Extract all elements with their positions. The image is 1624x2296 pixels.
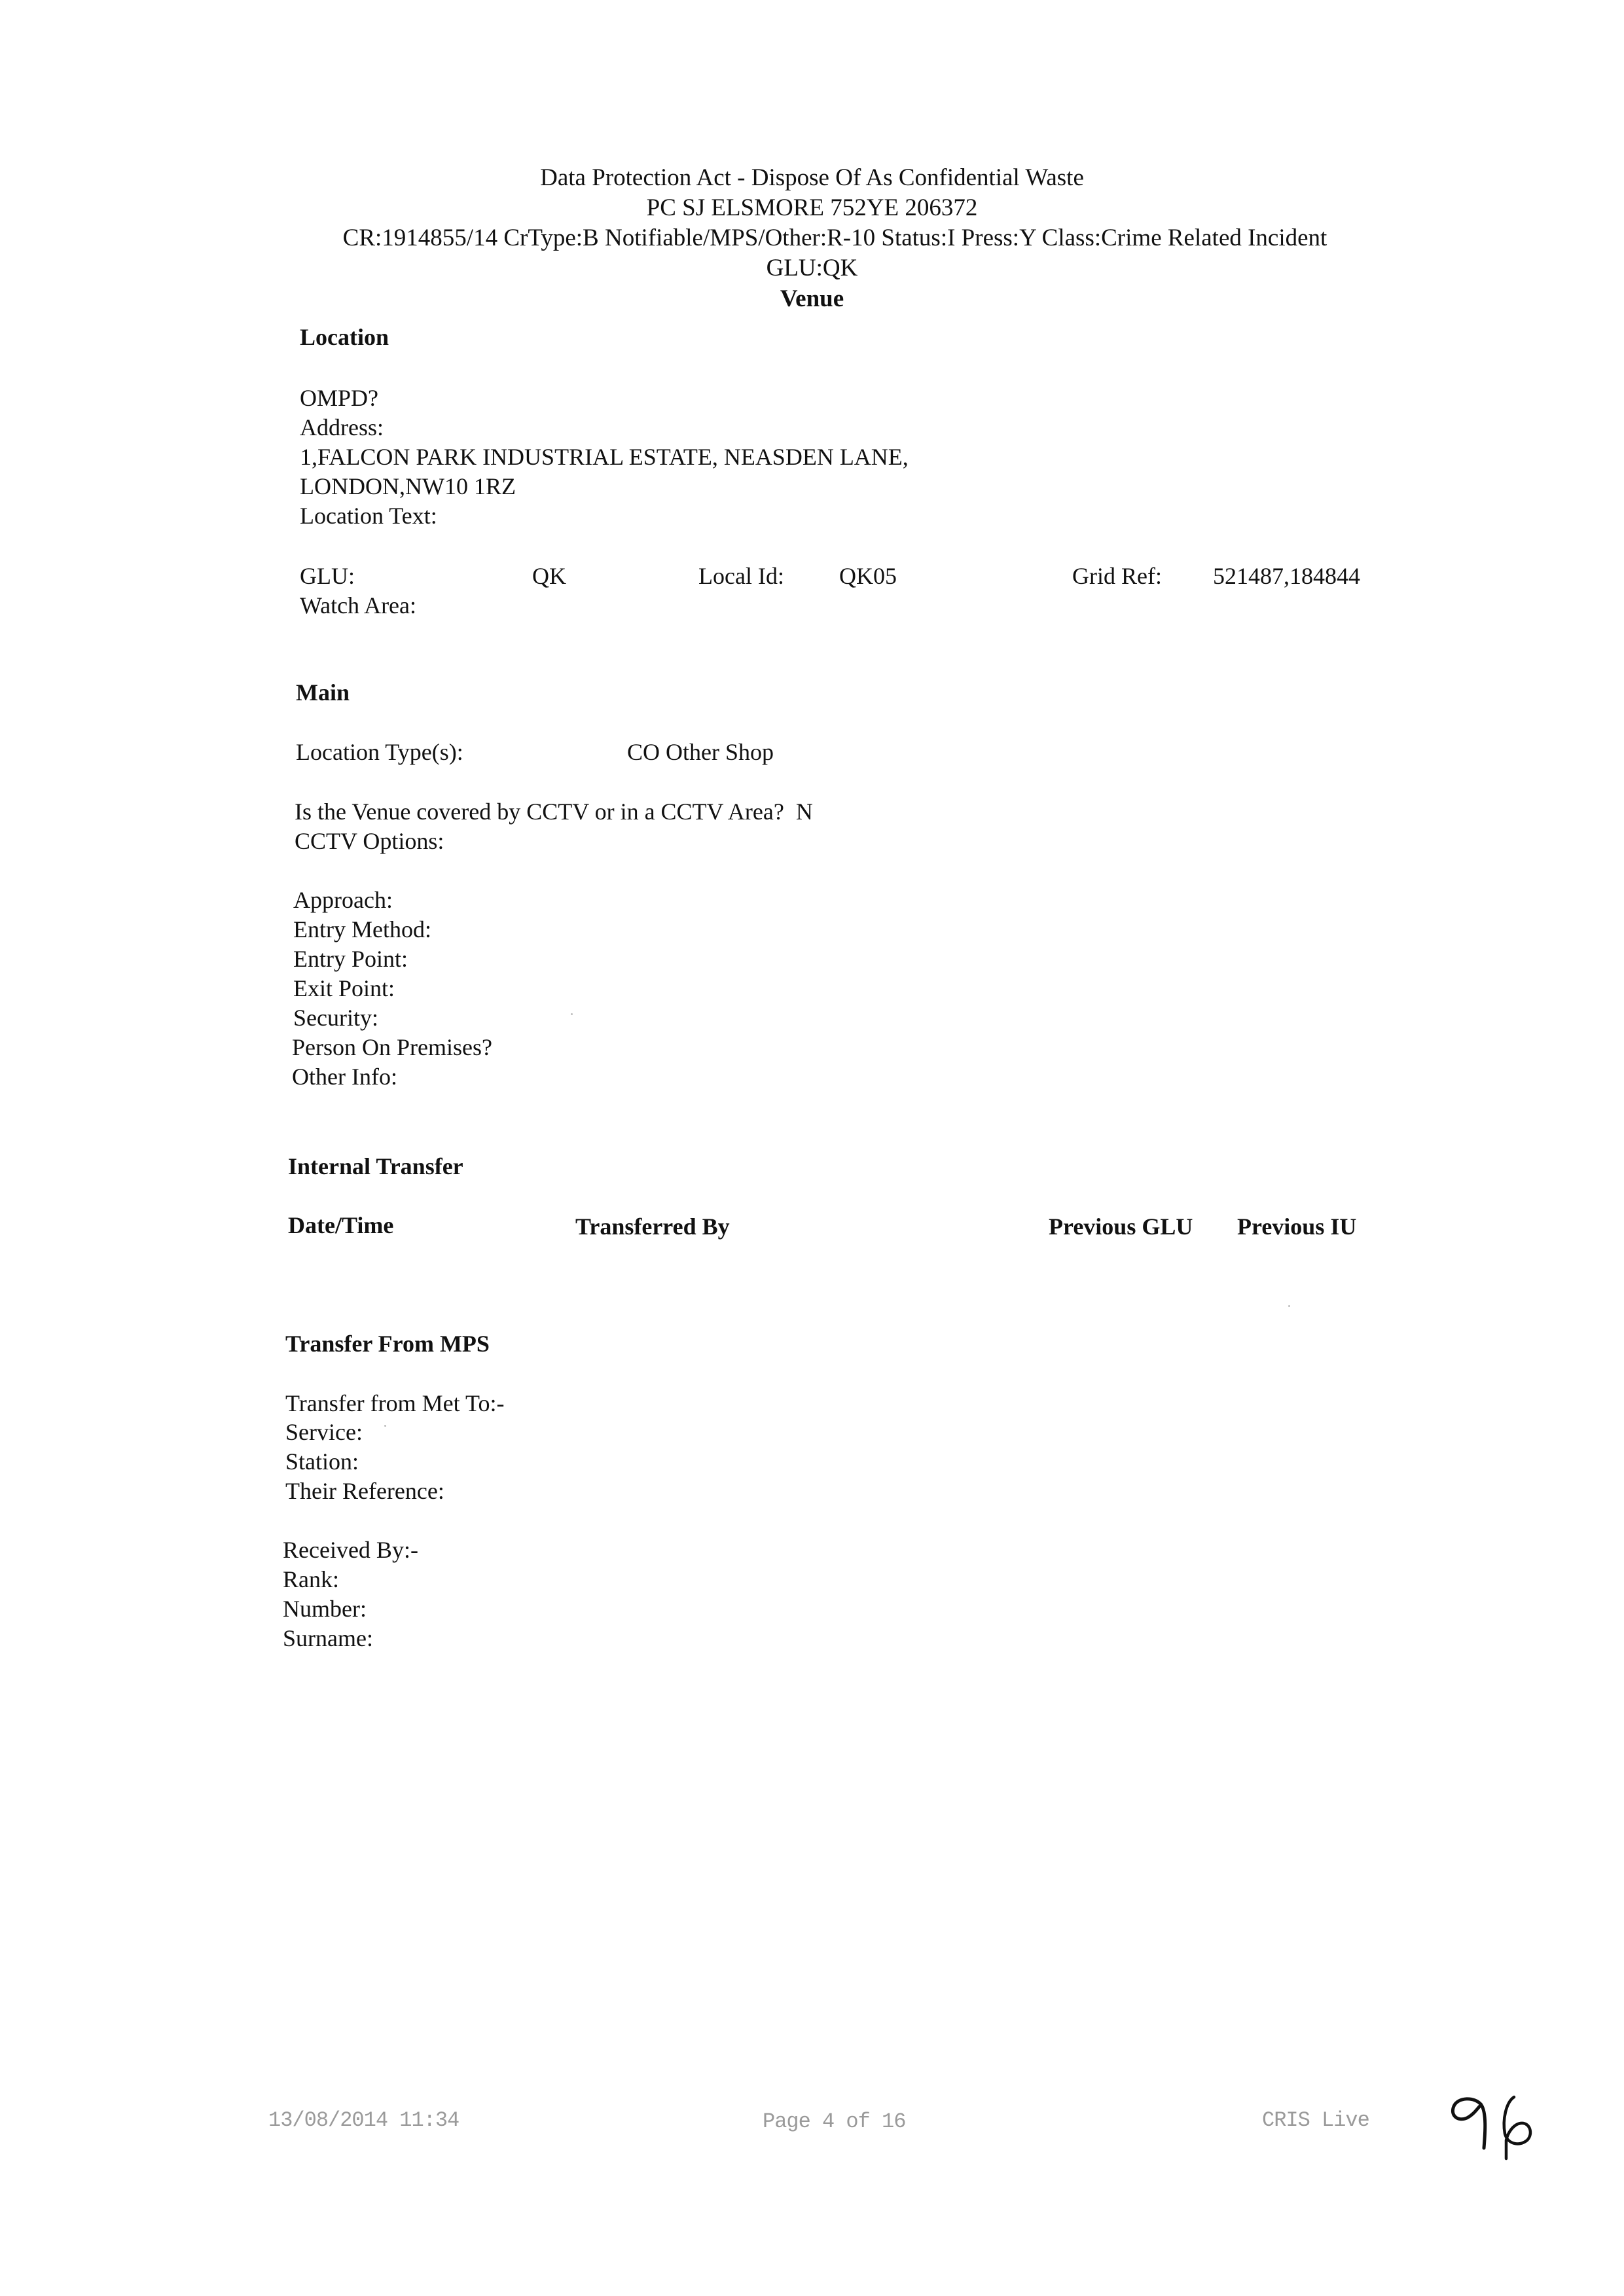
field-their-reference: Their Reference: bbox=[285, 1479, 444, 1503]
column-transferred-by: Transferred By bbox=[575, 1215, 730, 1238]
transfer-from-mps-heading: Transfer From MPS bbox=[285, 1332, 490, 1355]
location-text-label: Location Text: bbox=[300, 504, 437, 528]
location-heading: Location bbox=[300, 325, 389, 349]
footer-system-name: CRIS Live bbox=[1262, 2110, 1369, 2131]
column-previous-iu: Previous IU bbox=[1237, 1215, 1356, 1238]
field-received-by: Received By:- bbox=[283, 1538, 418, 1562]
scan-speck bbox=[571, 1013, 573, 1015]
address-label: Address: bbox=[300, 416, 384, 439]
footer-page-number: Page 4 of 16 bbox=[763, 2111, 905, 2132]
field-service: Service: bbox=[285, 1420, 363, 1444]
field-transfer-from-met: Transfer from Met To:- bbox=[285, 1391, 504, 1415]
watch-area-label: Watch Area: bbox=[300, 594, 416, 617]
field-other-info: Other Info: bbox=[292, 1065, 397, 1088]
main-heading: Main bbox=[296, 681, 350, 704]
cctv-options-label: CCTV Options: bbox=[295, 829, 444, 853]
officer-line: PC SJ ELSMORE 752YE 206372 bbox=[0, 196, 1624, 220]
field-entry-method: Entry Method: bbox=[293, 918, 431, 941]
field-person-on-premises: Person On Premises? bbox=[292, 1035, 492, 1059]
cctv-question-text: Is the Venue covered by CCTV or in a CCT… bbox=[295, 798, 784, 825]
cctv-question: Is the Venue covered by CCTV or in a CCT… bbox=[295, 800, 813, 823]
location-types-label: Location Type(s): bbox=[296, 740, 463, 764]
field-station: Station: bbox=[285, 1450, 359, 1473]
cctv-answer: N bbox=[796, 798, 813, 825]
internal-transfer-heading: Internal Transfer bbox=[288, 1155, 463, 1178]
address-line-1: 1,FALCON PARK INDUSTRIAL ESTATE, NEASDEN… bbox=[300, 445, 909, 469]
field-exit-point: Exit Point: bbox=[293, 977, 395, 1000]
field-rank: Rank: bbox=[283, 1568, 339, 1591]
field-number: Number: bbox=[283, 1597, 367, 1621]
field-security: Security: bbox=[293, 1006, 378, 1030]
address-line-2: LONDON,NW10 1RZ bbox=[300, 475, 516, 498]
footer-timestamp: 13/08/2014 11:34 bbox=[268, 2110, 459, 2131]
location-types-value: CO Other Shop bbox=[627, 740, 774, 764]
field-surname: Surname: bbox=[283, 1626, 373, 1650]
section-title-venue: Venue bbox=[0, 287, 1624, 311]
scan-speck bbox=[1288, 1305, 1290, 1307]
crime-reference-line: CR:1914855/14 CrType:B Notifiable/MPS/Ot… bbox=[0, 226, 1624, 250]
local-id-label: Local Id: bbox=[698, 564, 784, 588]
column-previous-glu: Previous GLU bbox=[1049, 1215, 1193, 1238]
ompd-label: OMPD? bbox=[300, 386, 378, 410]
grid-ref-value: 521487,184844 bbox=[1213, 564, 1360, 588]
local-id-value: QK05 bbox=[839, 564, 897, 588]
scan-speck bbox=[384, 1425, 386, 1427]
glu-label: GLU: bbox=[300, 564, 355, 588]
handwritten-page-number: 96 bbox=[1450, 2093, 1548, 2168]
confidentiality-notice: Data Protection Act - Dispose Of As Conf… bbox=[0, 166, 1624, 190]
field-approach: Approach: bbox=[293, 888, 393, 912]
grid-ref-label: Grid Ref: bbox=[1072, 564, 1162, 588]
column-date-time: Date/Time bbox=[288, 1213, 393, 1237]
glu-value: QK bbox=[532, 564, 566, 588]
field-entry-point: Entry Point: bbox=[293, 947, 408, 971]
glu-header: GLU:QK bbox=[0, 256, 1624, 280]
